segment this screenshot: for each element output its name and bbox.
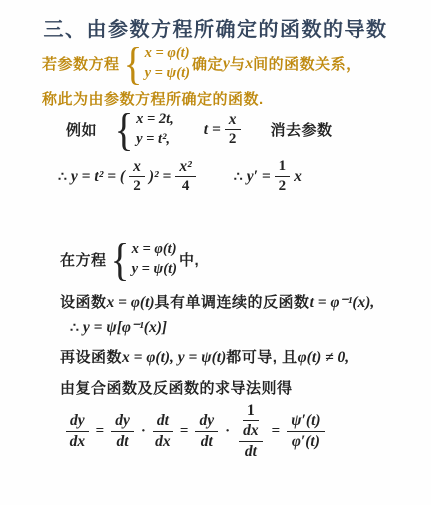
final-formula-row: dy dx = dy dt · dt dx = dy dt · 1 dx dt	[64, 402, 327, 460]
left-brace: {	[110, 240, 129, 279]
fraction-numerator: x²	[175, 158, 195, 177]
differentiable-math2: φ(t) ≠ 0,	[298, 349, 350, 366]
fraction-x2-over-4: x² 4	[175, 158, 195, 195]
derivation-equation-system: { x = φ(t) y = ψ(t)	[109, 240, 177, 279]
dot-operator: ·	[225, 423, 230, 440]
fraction-psi-over-phi: ψ′(t) φ′(t)	[287, 412, 324, 450]
fraction-x-over-2: x 2	[129, 158, 145, 195]
fraction-numerator: dy	[66, 412, 89, 431]
left-brace: {	[115, 110, 134, 149]
inverse-seg2: 具有单调连续的反函数	[155, 294, 310, 311]
intro-prefix: 若参数方程	[42, 53, 120, 74]
fraction-dy-over-dt: dy dt	[195, 412, 218, 450]
example-label: 例如	[66, 119, 97, 140]
in-equation-row: 在方程 { x = φ(t) y = ψ(t) 中,	[60, 240, 199, 279]
fraction-numerator: dy	[111, 412, 134, 431]
inverse-function-line: 设函数 x = φ(t) 具有单调连续的反函数 t = φ⁻¹(x),	[60, 291, 374, 312]
intro-var-y: y	[223, 55, 230, 73]
example-system-eq-x: x = 2t,	[136, 111, 174, 128]
result-part4: x	[294, 168, 302, 186]
equals-sign: =	[180, 423, 189, 440]
derivation-system-eq-y: y = ψ(t)	[132, 261, 177, 278]
result-part3: y′ =	[247, 168, 271, 186]
page-title: 三、由参数方程所确定的函数的导数	[0, 13, 431, 42]
in-equation-suffix: 中,	[179, 249, 199, 270]
differentiable-seg2: 都可导, 且	[226, 349, 297, 366]
example-system-eq-y: y = t²,	[136, 131, 174, 148]
differentiable-math1: x = φ(t), y = ψ(t)	[122, 349, 226, 366]
fraction-denominator: φ′(t)	[292, 432, 320, 450]
inverse-math1: x = φ(t)	[107, 294, 155, 311]
fraction-numerator: dt	[153, 412, 173, 431]
therefore-symbol: ∴	[58, 169, 67, 185]
fraction-one-over-dxdt: 1 dx dt	[237, 402, 265, 460]
therefore-symbol: ∴	[234, 169, 243, 185]
example-equation-system: { x = 2t, y = t²,	[113, 110, 174, 149]
inverse-seg1: 设函数	[60, 294, 107, 311]
fraction-x-over-2: x 2	[225, 111, 241, 148]
intro-system-lines: x = φ(t) y = ψ(t)	[145, 45, 190, 83]
intro-line1: 若参数方程 { x = φ(t) y = ψ(t) 确定 y 与 x 间的函数关…	[42, 44, 362, 83]
differentiable-seg1: 再设函数	[60, 349, 122, 366]
fraction-dx-over-dt: dx dt	[239, 422, 263, 460]
example-system-lines: x = 2t, y = t²,	[136, 111, 174, 149]
derivation-system-lines: x = φ(t) y = ψ(t)	[132, 241, 177, 279]
fraction-denominator: dt	[116, 432, 128, 450]
intro-line2: 称此为由参数方程所确定的函数.	[42, 88, 362, 109]
intro-system-eq-y: y = ψ(t)	[145, 65, 190, 82]
fraction-numerator: dx	[239, 422, 263, 441]
fraction-dy-over-dt: dy dt	[111, 412, 134, 450]
fraction-denominator: 2	[229, 130, 237, 148]
fraction-denominator: dt	[201, 432, 213, 450]
t-equals: t =	[204, 121, 221, 139]
intro-seg1: 确定	[192, 53, 223, 74]
fraction-numerator: 1	[243, 402, 259, 421]
fraction-denominator: 4	[182, 177, 190, 195]
fraction-denominator: 2	[279, 177, 287, 195]
composite-result-line: ∴ y = ψ[φ⁻¹(x)]	[70, 318, 167, 337]
intro-seg2: 与	[230, 53, 246, 74]
intro-paragraph: 若参数方程 { x = φ(t) y = ψ(t) 确定 y 与 x 间的函数关…	[42, 44, 362, 109]
fraction-numerator: x	[225, 111, 241, 130]
intro-equation-system: { x = φ(t) y = ψ(t)	[122, 44, 190, 83]
differentiable-line: 再设函数 x = φ(t), y = ψ(t) 都可导, 且 φ(t) ≠ 0,	[60, 346, 349, 367]
fraction-denominator: 2	[133, 177, 141, 195]
intro-system-eq-x: x = φ(t)	[145, 45, 190, 62]
fraction-denominator: dx	[155, 432, 171, 450]
fraction-1-over-2: 1 2	[275, 158, 291, 195]
intro-seg3: 间的函数关系，	[253, 53, 362, 74]
eliminate-parameter-label: 消去参数	[271, 119, 333, 140]
rule-statement-line: 由复合函数及反函数的求导法则得	[60, 377, 293, 398]
fraction-denominator: dt	[245, 442, 257, 460]
result-part2: )² =	[149, 168, 172, 186]
slide-page: 三、由参数方程所确定的函数的导数 若参数方程 { x = φ(t) y = ψ(…	[0, 0, 431, 505]
fraction-dy-over-dx: dy dx	[66, 412, 89, 450]
in-equation-prefix: 在方程	[60, 249, 107, 270]
left-brace: {	[123, 44, 142, 83]
equals-sign: =	[96, 423, 105, 440]
fraction-numerator: x	[129, 158, 145, 177]
fraction-denominator: dx dt	[237, 421, 265, 460]
result-part1: y = t² = (	[71, 168, 125, 186]
fraction-numerator: ψ′(t)	[287, 412, 324, 431]
intro-var-x: x	[245, 55, 253, 73]
fraction-numerator: dy	[195, 412, 218, 431]
fraction-dt-over-dx: dt dx	[153, 412, 173, 450]
equals-sign: =	[272, 423, 281, 440]
example-result-row: ∴ y = t² = ( x 2 )² = x² 4 ∴ y′ = 1 2 x	[58, 158, 302, 195]
dot-operator: ·	[141, 423, 146, 440]
fraction-numerator: 1	[275, 158, 291, 177]
fraction-denominator: dx	[70, 432, 86, 450]
derivation-system-eq-x: x = φ(t)	[132, 241, 177, 258]
therefore-symbol: ∴	[70, 320, 79, 336]
inverse-math2: t = φ⁻¹(x),	[310, 294, 375, 311]
example-row: 例如 { x = 2t, y = t², t = x 2 消去参数	[66, 110, 333, 149]
composite-math: y = ψ[φ⁻¹(x)]	[83, 318, 167, 337]
